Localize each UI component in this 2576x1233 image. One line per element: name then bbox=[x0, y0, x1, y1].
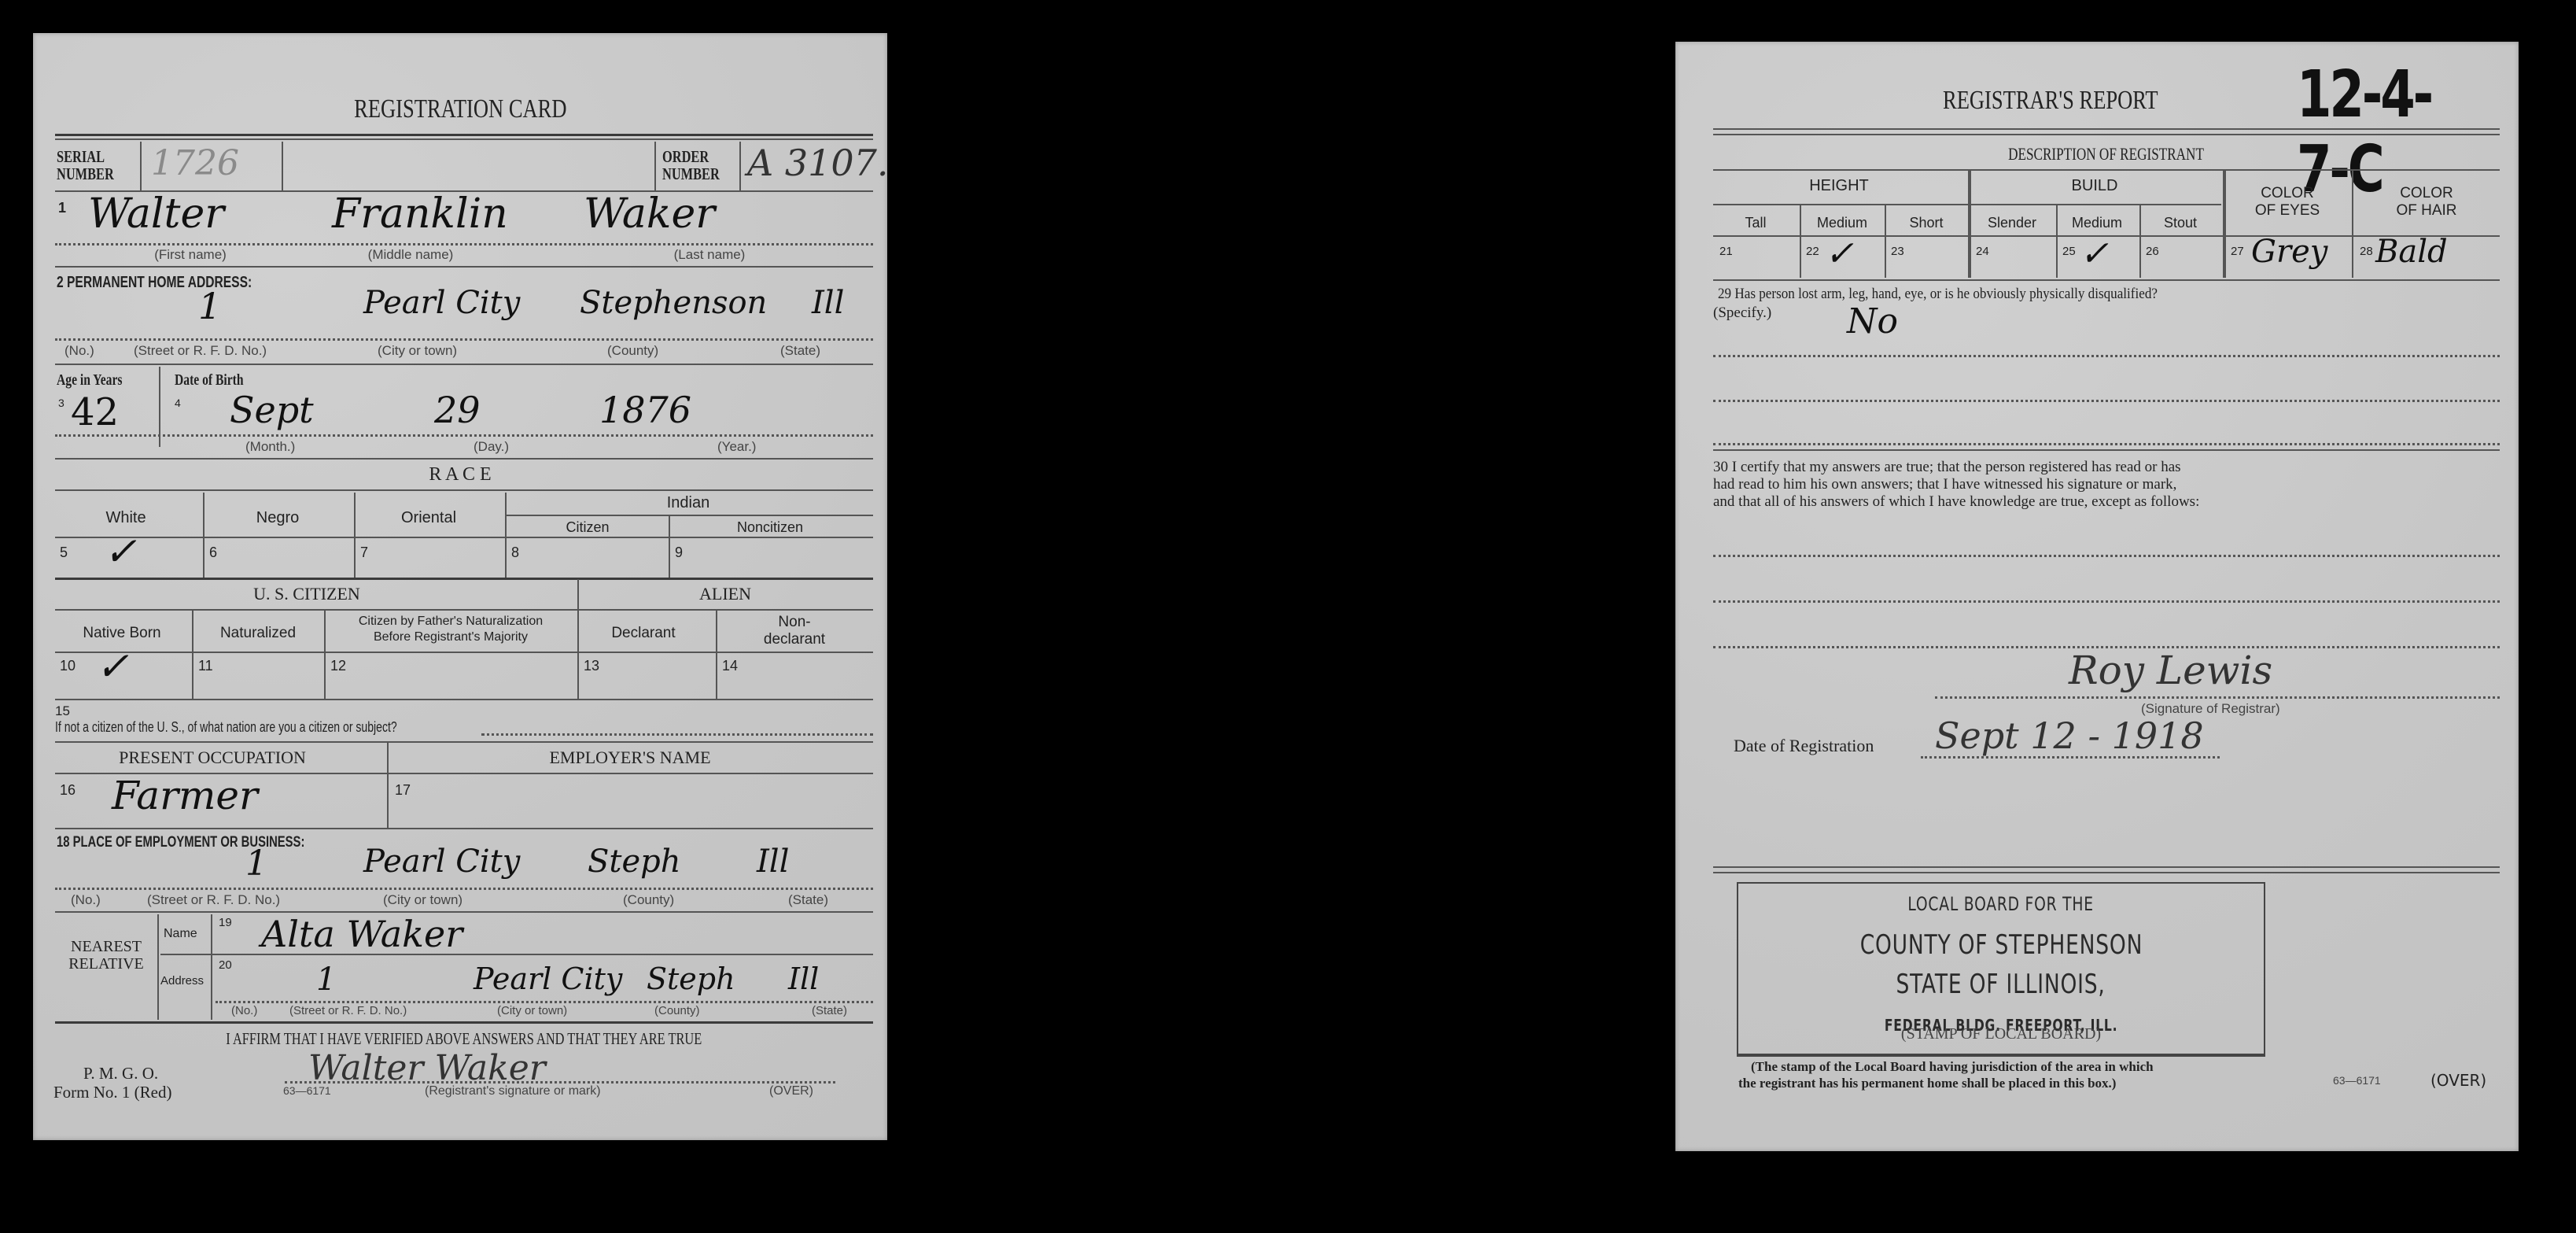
naturalized-header: Naturalized bbox=[192, 625, 324, 642]
dob-label-day: (Day.) bbox=[474, 439, 509, 455]
build-medium-checkmark: ✓ bbox=[2080, 234, 2109, 274]
question-number: 11 bbox=[198, 658, 213, 674]
employer-heading: EMPLOYER'S NAME bbox=[387, 748, 873, 768]
height-tall-header: Tall bbox=[1713, 215, 1798, 231]
declarant-header: Declarant bbox=[577, 625, 709, 642]
race-oriental-header: Oriental bbox=[354, 509, 503, 527]
question-number: 16 bbox=[60, 782, 76, 799]
first-name-label: (First name) bbox=[112, 247, 269, 263]
height-medium-header: Medium bbox=[1800, 215, 1885, 231]
employment-label-county: (County) bbox=[623, 892, 674, 908]
hair-color-value: Bald bbox=[2375, 234, 2448, 270]
home-address-state: Ill bbox=[812, 285, 844, 321]
question-number: 8 bbox=[511, 545, 519, 561]
q30-certification-text: 30 I certify that my answers are true; t… bbox=[1713, 459, 2199, 511]
fathers-naturalization-header: Citizen by Father's NaturalizationBefore… bbox=[324, 614, 577, 645]
employment-state: Ill bbox=[757, 844, 789, 880]
hair-color-heading: COLOROF HAIR bbox=[2353, 185, 2500, 220]
employment-street: 1 bbox=[245, 844, 267, 884]
relative-label-city: (City or town) bbox=[497, 1004, 567, 1017]
race-negro-header: Negro bbox=[203, 509, 352, 527]
stamp-caption: (STAMP OF LOCAL BOARD) bbox=[1738, 1025, 2264, 1043]
race-white-checkmark: ✓ bbox=[104, 529, 137, 574]
race-indian-citizen-header: Citizen bbox=[505, 519, 670, 536]
us-citizen-heading: U. S. CITIZEN bbox=[55, 584, 558, 604]
q29-answer: No bbox=[1847, 301, 1898, 341]
registrar-report-back: REGISTRAR'S REPORT 12-4-7-C DESCRIPTION … bbox=[1675, 42, 2519, 1151]
eye-color-value: Grey bbox=[2251, 234, 2327, 270]
relative-label-no: (No.) bbox=[231, 1004, 257, 1017]
print-code: 63—6171 bbox=[2333, 1074, 2381, 1087]
build-stout-header: Stout bbox=[2139, 215, 2221, 231]
question-number: 7 bbox=[360, 545, 368, 561]
build-medium-header: Medium bbox=[2056, 215, 2138, 231]
employment-heading: 18 PLACE OF EMPLOYMENT OR BUSINESS: bbox=[57, 834, 374, 851]
date-of-registration-value: Sept 12 - 1918 bbox=[1935, 714, 2204, 757]
height-medium-checkmark: ✓ bbox=[1825, 234, 1854, 274]
dob-label-month: (Month.) bbox=[245, 439, 295, 455]
question-number: 19 bbox=[219, 916, 232, 929]
registrar-signature: Roy Lewis bbox=[2069, 648, 2272, 693]
address-label-city: (City or town) bbox=[378, 343, 457, 359]
question-number: 6 bbox=[209, 545, 217, 561]
print-code: 63—6171 bbox=[283, 1084, 331, 1097]
employment-county: Steph bbox=[588, 844, 681, 880]
question-number: 14 bbox=[722, 658, 738, 674]
relative-address-state: Ill bbox=[788, 962, 819, 996]
dob-year: 1876 bbox=[599, 389, 691, 431]
eye-color-heading: COLOROF EYES bbox=[2224, 185, 2350, 220]
order-number-value: A 3107. bbox=[747, 142, 889, 184]
stamp-line-3: STATE OF ILLINOIS, bbox=[1738, 969, 2264, 1000]
serial-number-value: 1726 bbox=[151, 143, 239, 183]
question-number: 4 bbox=[175, 397, 181, 409]
question-number: 12 bbox=[330, 658, 346, 674]
race-white-header: White bbox=[55, 509, 197, 527]
relative-label-street: (Street or R. F. D. No.) bbox=[289, 1004, 407, 1017]
question-number: 15 bbox=[55, 703, 70, 719]
last-name-value: Waker bbox=[584, 190, 715, 238]
nondeclarant-header: Non-declarant bbox=[716, 614, 873, 648]
relative-address-city: Pearl City bbox=[474, 962, 622, 996]
local-board-stamp-box: LOCAL BOARD FOR THE COUNTY OF STEPHENSON… bbox=[1737, 882, 2265, 1057]
nearest-relative-label: NEARESTRELATIVE bbox=[55, 938, 157, 973]
question-number: 1 bbox=[58, 200, 66, 216]
description-heading: DESCRIPTION OF REGISTRANT bbox=[1713, 144, 2500, 164]
question-number: 28 bbox=[2360, 245, 2373, 258]
last-name-label: (Last name) bbox=[631, 247, 788, 263]
build-slender-header: Slender bbox=[1970, 215, 2055, 231]
address-label-street: (Street or R. F. D. No.) bbox=[134, 343, 267, 359]
question-number: 24 bbox=[1976, 245, 1989, 258]
build-heading: BUILD bbox=[1968, 177, 2221, 195]
question-number: 13 bbox=[584, 658, 599, 674]
employment-label-no: (No.) bbox=[71, 892, 101, 908]
question-number: 5 bbox=[60, 545, 68, 561]
alien-heading: ALIEN bbox=[577, 584, 873, 604]
relative-name-label: Name bbox=[164, 927, 197, 941]
address-label-county: (County) bbox=[607, 343, 658, 359]
question-number: 27 bbox=[2231, 245, 2244, 258]
question-number: 3 bbox=[58, 397, 64, 409]
q15-text: If not a citizen of the U. S., of what n… bbox=[55, 719, 493, 736]
question-number: 9 bbox=[675, 545, 683, 561]
dob-label-year: (Year.) bbox=[717, 439, 756, 455]
age-label: Age in Years bbox=[57, 371, 141, 389]
registration-card-front: REGISTRATION CARD SERIALNUMBER 1726 ORDE… bbox=[33, 33, 887, 1140]
q29-specify-label: (Specify.) bbox=[1713, 305, 1771, 322]
registrar-report-title: REGISTRAR'S REPORT bbox=[1943, 86, 2219, 116]
height-short-header: Short bbox=[1885, 215, 1968, 231]
middle-name-value: Franklin bbox=[332, 190, 508, 238]
q29-text: 29 Has person lost arm, leg, hand, eye, … bbox=[1718, 286, 2206, 303]
home-address-county: Stephenson bbox=[580, 285, 767, 321]
form-number-label: Form No. 1 (Red) bbox=[53, 1083, 172, 1102]
relative-address-street: 1 bbox=[316, 962, 336, 998]
signature-label: (Registrant's signature or mark) bbox=[425, 1084, 601, 1098]
relative-label-county: (County) bbox=[654, 1004, 700, 1017]
employment-city: Pearl City bbox=[363, 844, 520, 880]
affirm-text: I AFFIRM THAT I HAVE VERIFIED ABOVE ANSW… bbox=[55, 1029, 873, 1049]
dob-label: Date of Birth bbox=[175, 371, 263, 389]
stamp-line-1: LOCAL BOARD FOR THE bbox=[1738, 893, 2264, 915]
question-number: 22 bbox=[1806, 245, 1819, 258]
order-number-label: ORDERNUMBER bbox=[662, 148, 735, 183]
dob-day: 29 bbox=[434, 389, 481, 431]
question-number: 21 bbox=[1719, 245, 1733, 258]
occupation-heading: PRESENT OCCUPATION bbox=[55, 748, 370, 768]
question-number: 26 bbox=[2146, 245, 2159, 258]
home-address-city: Pearl City bbox=[363, 285, 520, 321]
dob-month: Sept bbox=[230, 389, 314, 431]
question-number: 25 bbox=[2062, 245, 2076, 258]
employment-label-city: (City or town) bbox=[383, 892, 463, 908]
serial-number-label: SERIALNUMBER bbox=[57, 148, 130, 183]
stamp-footnote: (The stamp of the Local Board having jur… bbox=[1738, 1058, 2154, 1091]
middle-name-label: (Middle name) bbox=[332, 247, 489, 263]
height-heading: HEIGHT bbox=[1713, 177, 1965, 195]
pmgo-label: P. M. G. O. bbox=[83, 1064, 158, 1083]
relative-name-value: Alta Waker bbox=[261, 913, 463, 955]
native-born-header: Native Born bbox=[55, 625, 189, 642]
relative-address-county: Steph bbox=[647, 962, 735, 996]
relative-label-state: (State) bbox=[812, 1004, 847, 1017]
first-name-value: Walter bbox=[88, 190, 224, 238]
over-label: (OVER) bbox=[769, 1084, 813, 1098]
over-label: (OVER) bbox=[2430, 1071, 2486, 1090]
race-indian-noncitizen-header: Noncitizen bbox=[669, 519, 872, 536]
question-number: 23 bbox=[1891, 245, 1904, 258]
address-label-no: (No.) bbox=[64, 343, 94, 359]
home-address-heading: 2 PERMANENT HOME ADDRESS: bbox=[57, 274, 307, 292]
race-heading: R A C E bbox=[33, 464, 887, 485]
question-number: 17 bbox=[395, 782, 411, 799]
employment-label-state: (State) bbox=[788, 892, 828, 908]
stamp-line-2: COUNTY OF STEPHENSON bbox=[1738, 929, 2264, 961]
home-address-street: 1 bbox=[198, 285, 221, 327]
age-value: 42 bbox=[71, 390, 119, 434]
date-of-registration-label: Date of Registration bbox=[1734, 736, 1874, 756]
question-number: 20 bbox=[219, 958, 232, 972]
question-number: 10 bbox=[60, 658, 76, 674]
race-indian-header: Indian bbox=[505, 494, 872, 512]
employment-label-street: (Street or R. F. D. No.) bbox=[147, 892, 280, 908]
card-title: REGISTRATION CARD bbox=[33, 94, 887, 124]
native-born-checkmark: ✓ bbox=[96, 644, 129, 689]
occupation-value: Farmer bbox=[112, 773, 258, 818]
address-label-state: (State) bbox=[780, 343, 820, 359]
relative-address-label: Address bbox=[160, 974, 204, 988]
